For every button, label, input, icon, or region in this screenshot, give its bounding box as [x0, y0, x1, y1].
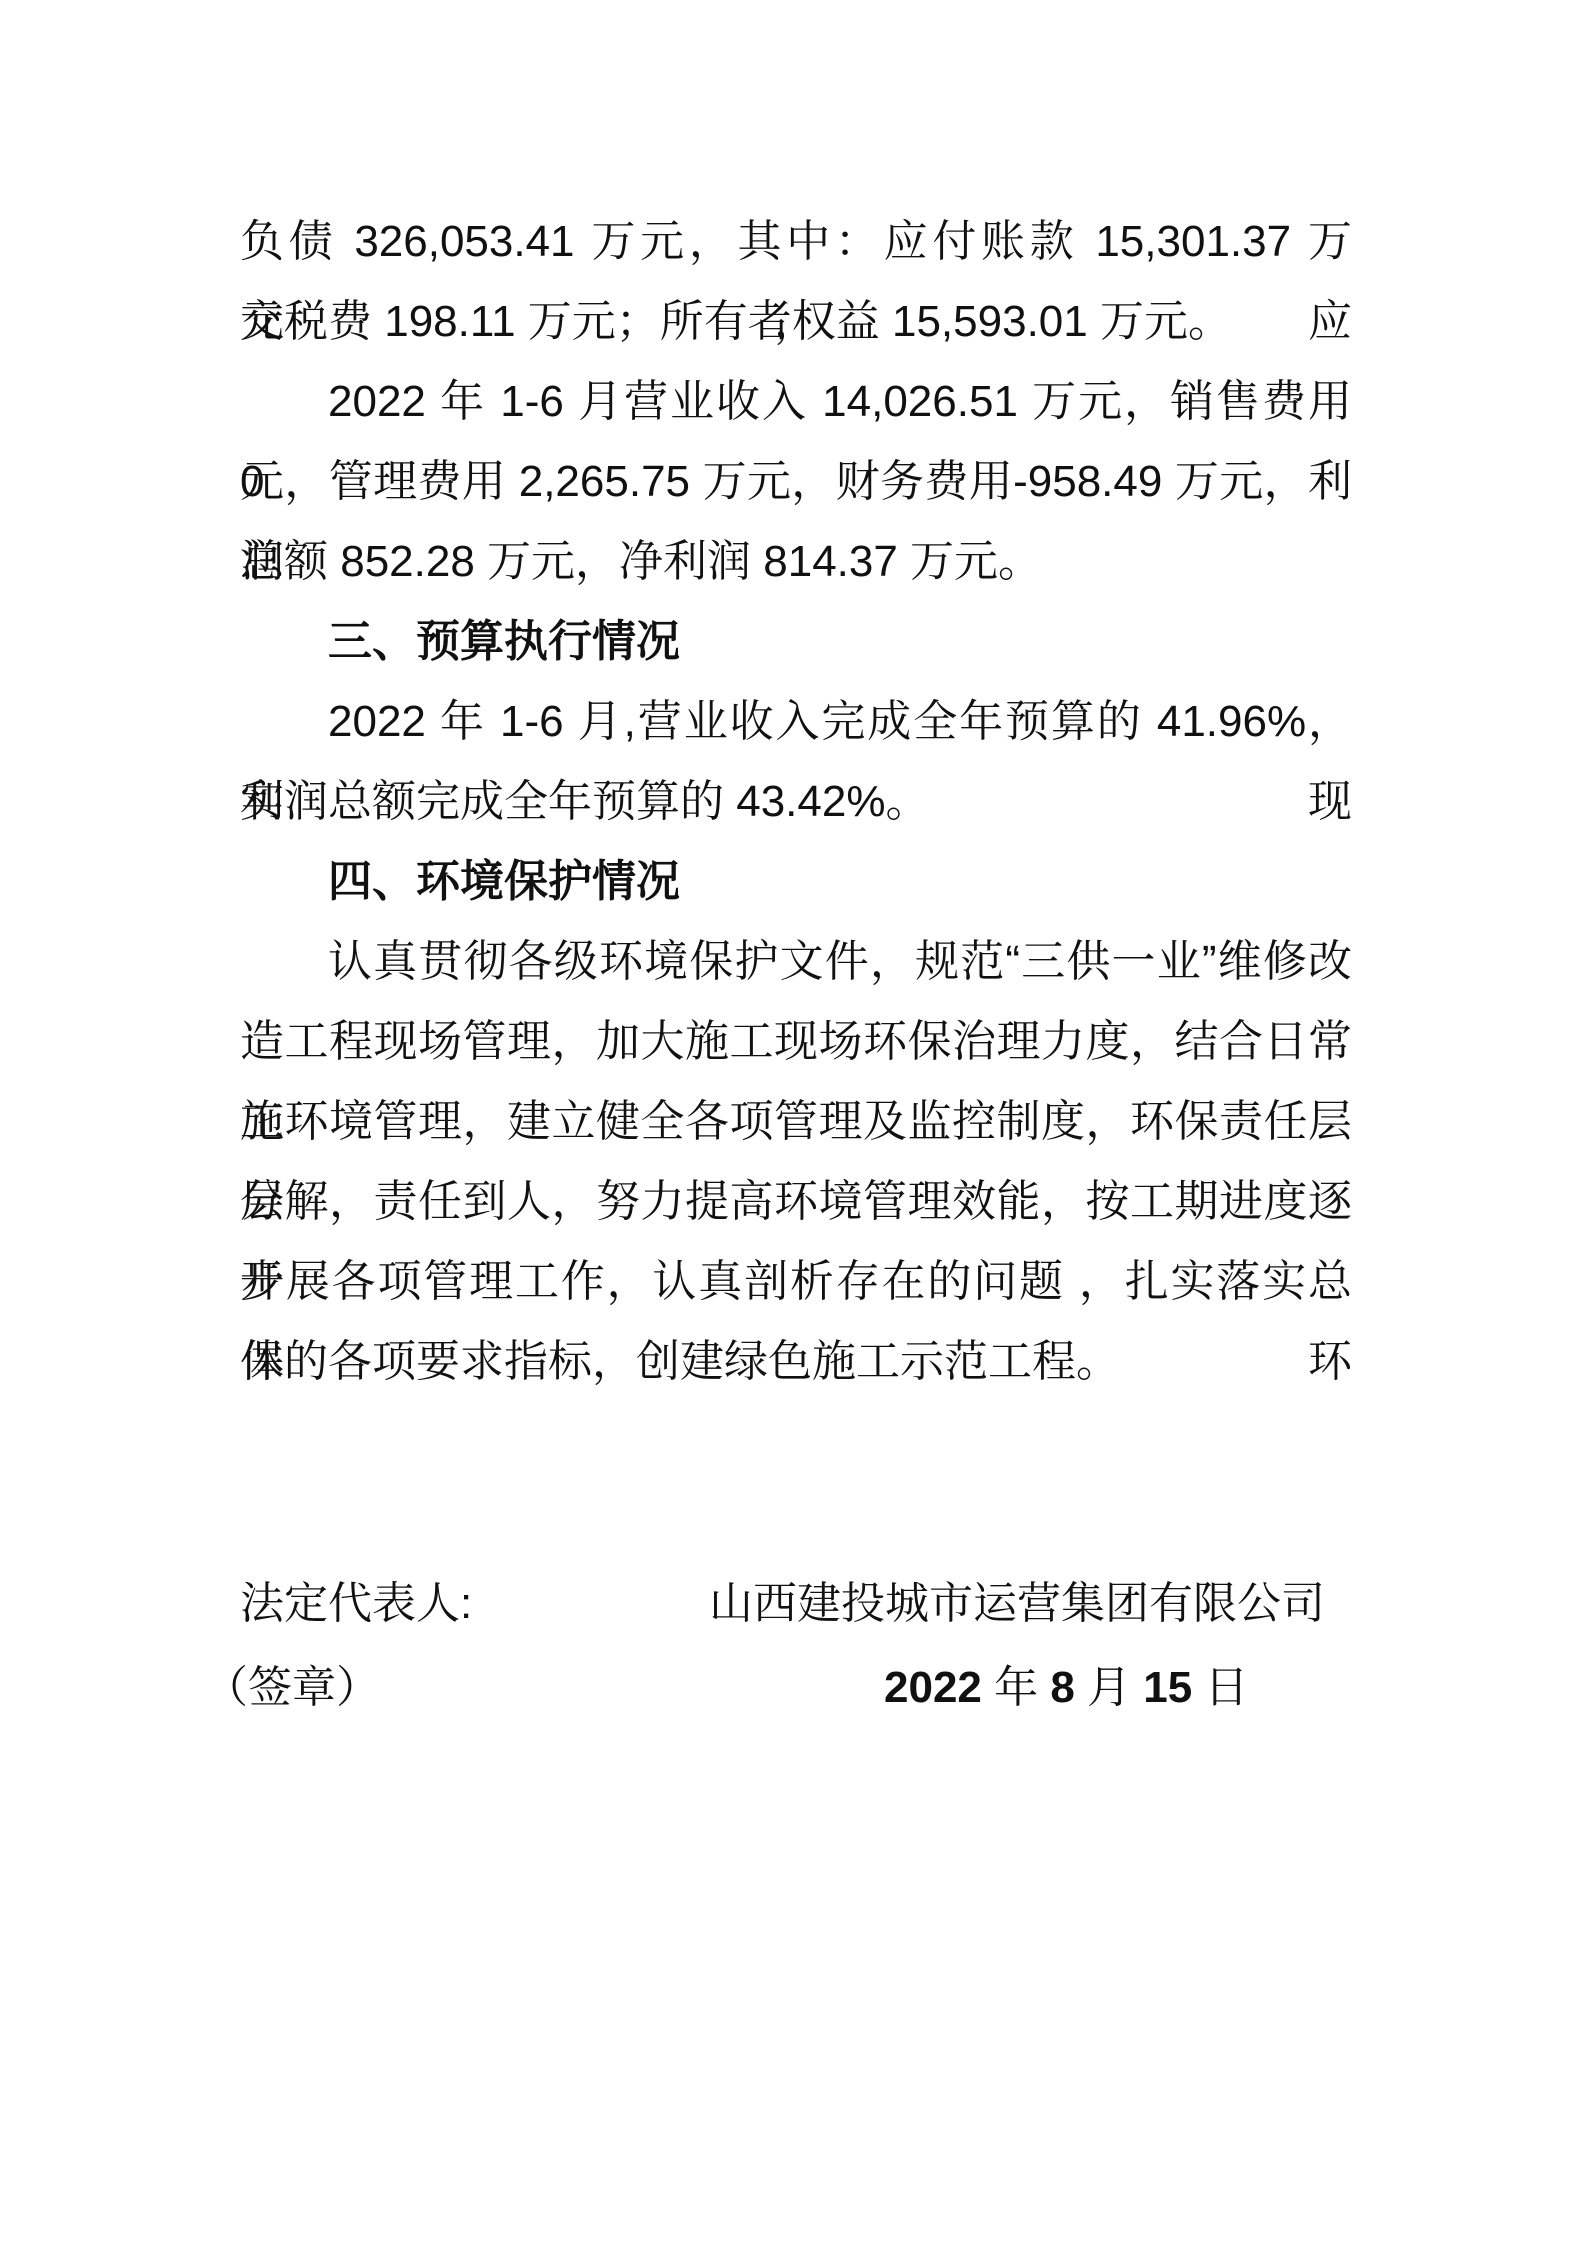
text-line: 造工程现场管理，加大施工现场环保治理力度，结合日常施	[240, 1002, 1352, 1082]
text-line: 负债 326,053.41 万元，其中：应付账款 15,301.37 万元，应	[240, 202, 1352, 282]
section-heading-line: 四、环境保护情况	[240, 842, 1352, 922]
report-date: 2022 年 8 月 15 日	[884, 1646, 1248, 1730]
body-text: 负债 326,053.41 万元，其中：应付账款 15,301.37 万元，应交…	[240, 202, 1352, 1402]
text-line: 元，管理费用 2,265.75 万元，财务费用-958.49 万元，利润	[240, 442, 1352, 522]
date-unit: 年	[982, 1663, 1050, 1712]
date-unit: 月	[1075, 1663, 1143, 1712]
text-line: 认真贯彻各级环境保护文件，规范“三供一业”维修改	[240, 922, 1352, 1002]
date-number: 8	[1050, 1663, 1074, 1712]
date-number: 15	[1143, 1663, 1192, 1712]
text-line: 2022 年 1-6 月,营业收入完成全年预算的 41.96%，实现	[240, 682, 1352, 762]
seal-label: （签章）	[204, 1646, 380, 1730]
text-line: 分解，责任到人，努力提高环境管理效能，按工期进度逐步	[240, 1162, 1352, 1242]
text-line: 开展各项管理工作，认真剖析存在的问题 ，扎实落实总体环	[240, 1242, 1352, 1322]
text-line: 2022 年 1-6 月营业收入 14,026.51 万元，销售费用 0	[240, 362, 1352, 442]
document-page: 负债 326,053.41 万元，其中：应付账款 15,301.37 万元，应交…	[0, 0, 1587, 2245]
legal-representative-label: 法定代表人:	[240, 1562, 472, 1646]
section-heading-line: 三、预算执行情况	[240, 602, 1352, 682]
signature-row-seal-date: （签章） 2022 年 8 月 15 日	[240, 1646, 1352, 1730]
text-line: 总额 852.28 万元，净利润 814.37 万元。	[240, 522, 1352, 602]
date-unit: 日	[1192, 1663, 1248, 1712]
company-name: 山西建投城市运营集团有限公司	[709, 1562, 1325, 1646]
signature-row-legal-rep: 法定代表人: 山西建投城市运营集团有限公司	[240, 1562, 1352, 1646]
text-line: 交税费 198.11 万元；所有者权益 15,593.01 万元。	[240, 282, 1352, 362]
signature-block: 法定代表人: 山西建投城市运营集团有限公司 （签章） 2022 年 8 月 15…	[240, 1562, 1352, 1730]
date-number: 2022	[884, 1663, 982, 1712]
text-line: 工环境管理，建立健全各项管理及监控制度，环保责任层层	[240, 1082, 1352, 1162]
